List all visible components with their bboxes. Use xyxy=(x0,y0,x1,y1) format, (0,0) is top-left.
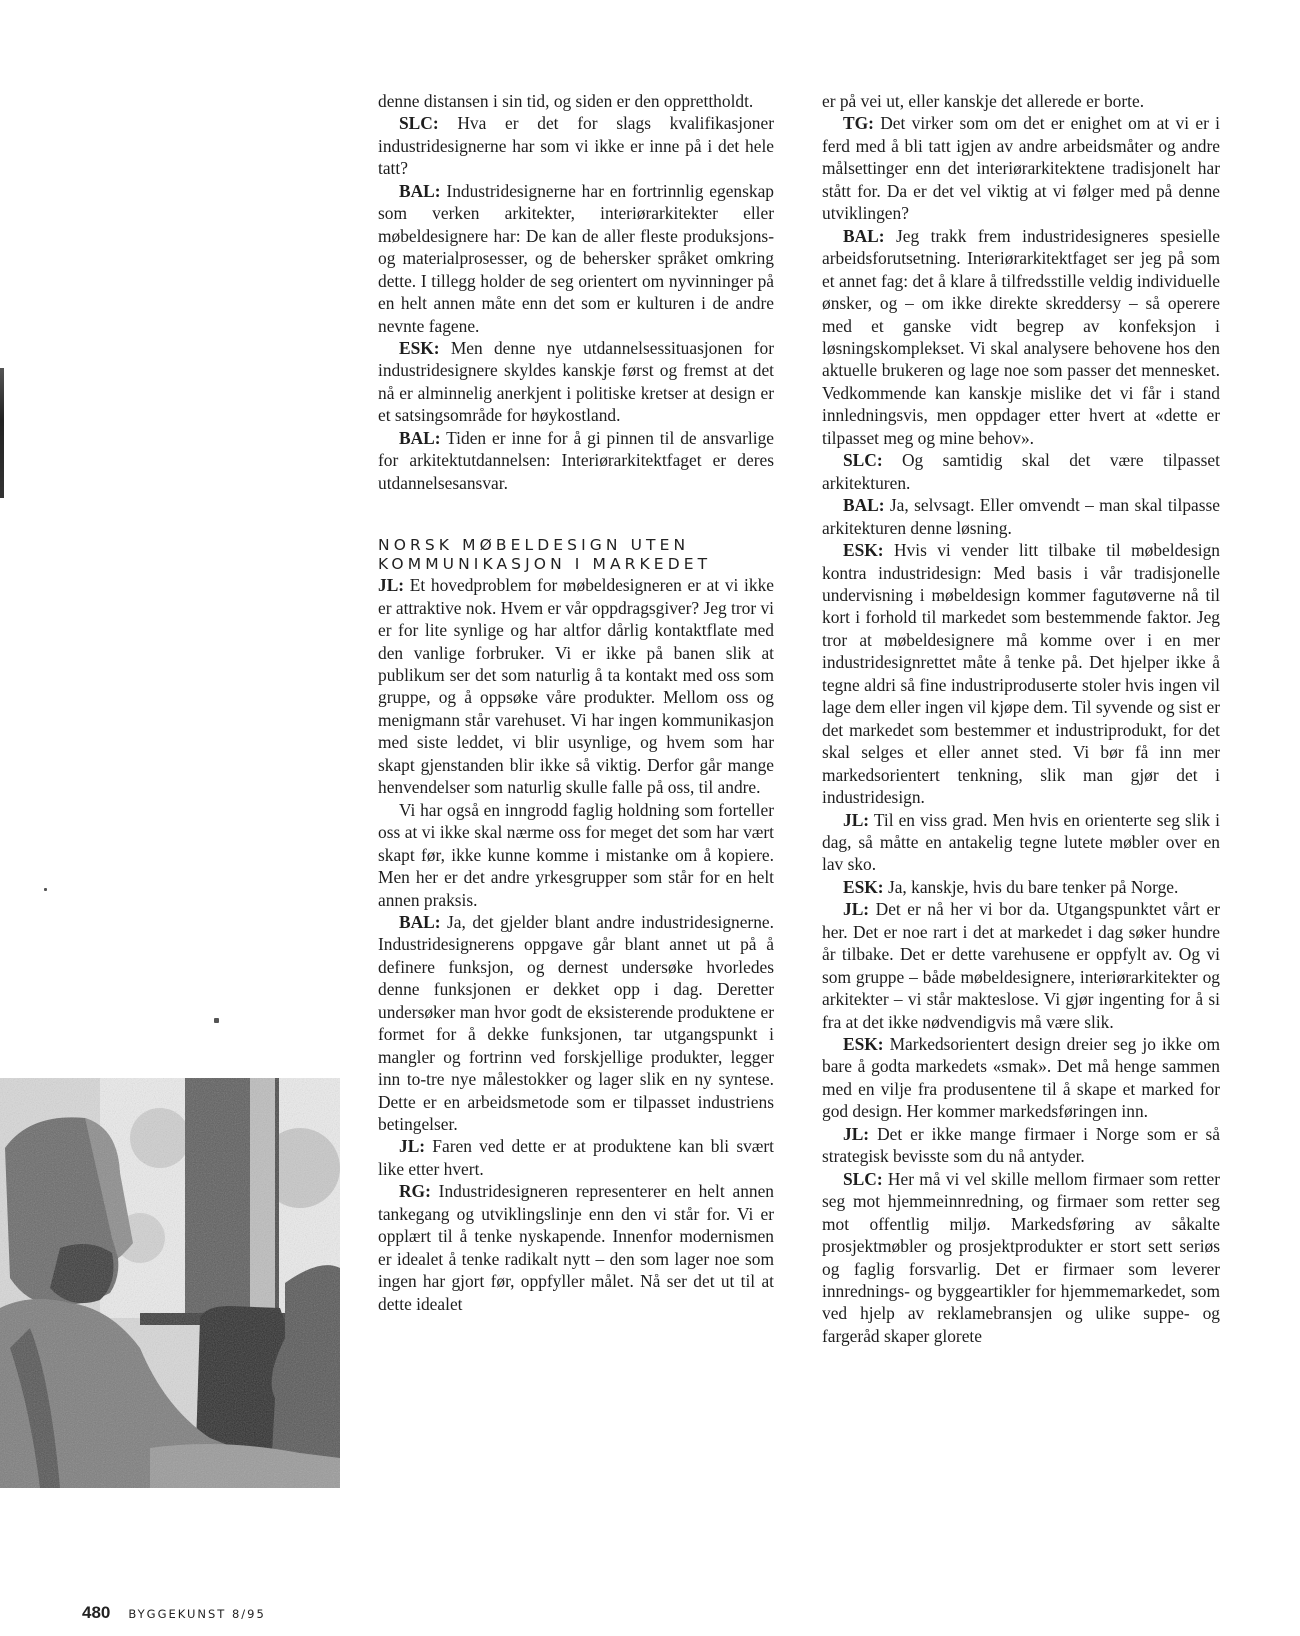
paragraph: SLC: Hva er det for slags kvalifikasjone… xyxy=(378,112,774,179)
speaker-label: BAL: xyxy=(843,495,885,515)
paragraph: ESK: Men denne nye utdannelsessituasjone… xyxy=(378,337,774,427)
speaker-label: ESK: xyxy=(399,338,440,358)
paragraph: RG: Industridesigneren representerer en … xyxy=(378,1180,774,1315)
paragraph: ESK: Markedsorientert design dreier seg … xyxy=(822,1033,1220,1123)
paragraph: JL: Det er nå her vi bor da. Utgangspunk… xyxy=(822,898,1220,1033)
speaker-label: SLC: xyxy=(843,1169,883,1189)
scan-speck xyxy=(44,888,47,891)
speaker-label: TG: xyxy=(843,113,874,133)
speaker-label: BAL: xyxy=(399,428,441,448)
paragraph: er på vei ut, eller kanskje det allerede… xyxy=(822,90,1220,112)
paragraph: ESK: Ja, kanskje, hvis du bare tenker på… xyxy=(822,876,1220,898)
section-heading: NORSK MØBELDESIGN UTEN KOMMUNIKASJON I M… xyxy=(378,536,774,574)
article-column-right: er på vei ut, eller kanskje det allerede… xyxy=(822,90,1220,1347)
speaker-label: BAL: xyxy=(399,181,441,201)
paragraph: Vi har også en inngrodd faglig holdning … xyxy=(378,799,774,911)
paragraph: SLC: Her må vi vel skille mellom firmaer… xyxy=(822,1168,1220,1348)
section-heading-line: NORSK MØBELDESIGN UTEN xyxy=(378,536,774,555)
speaker-label: ESK: xyxy=(843,877,884,897)
speaker-label: BAL: xyxy=(399,912,441,932)
paragraph: BAL: Ja, selvsagt. Eller omvendt – man s… xyxy=(822,494,1220,539)
speaker-label: JL: xyxy=(843,810,869,830)
speaker-label: SLC: xyxy=(399,113,439,133)
paragraph: JL: Det er ikke mange firmaer i Norge so… xyxy=(822,1123,1220,1168)
speaker-label: JL: xyxy=(843,899,869,919)
page-number: 480 xyxy=(82,1603,110,1623)
paragraph: BAL: Tiden er inne for å gi pinnen til d… xyxy=(378,427,774,494)
photo-man-at-window xyxy=(0,1078,340,1488)
paragraph: denne distansen i sin tid, og siden er d… xyxy=(378,90,774,112)
speaker-label: RG: xyxy=(399,1181,431,1201)
speaker-label: ESK: xyxy=(843,540,884,560)
paragraph: SLC: Og samtidig skal det være tilpasset… xyxy=(822,449,1220,494)
paragraph: JL: Et hovedproblem for møbeldesigneren … xyxy=(378,574,774,799)
speaker-label: ESK: xyxy=(843,1034,884,1054)
speaker-label: JL: xyxy=(399,1136,425,1156)
scan-speck xyxy=(214,1018,219,1023)
paragraph: BAL: Ja, det gjelder blant andre industr… xyxy=(378,911,774,1136)
section-heading-line: KOMMUNIKASJON I MARKEDET xyxy=(378,555,774,574)
speaker-label: JL: xyxy=(378,575,404,595)
speaker-label: JL: xyxy=(843,1124,869,1144)
speaker-label: BAL: xyxy=(843,226,885,246)
photo-illustration xyxy=(0,1078,340,1488)
paragraph: BAL: Industridesignerne har en fortrinnl… xyxy=(378,180,774,337)
paragraph: TG: Det virker som om det er enighet om … xyxy=(822,112,1220,224)
paragraph: JL: Til en viss grad. Men hvis en orient… xyxy=(822,809,1220,876)
scan-edge-mark xyxy=(0,368,4,498)
speaker-label: SLC: xyxy=(843,450,883,470)
article-column-left: denne distansen i sin tid, og siden er d… xyxy=(378,90,774,1315)
paragraph: ESK: Hvis vi vender litt tilbake til møb… xyxy=(822,539,1220,808)
paragraph: JL: Faren ved dette er at produktene kan… xyxy=(378,1135,774,1180)
paragraph: BAL: Jeg trakk frem industridesigneres s… xyxy=(822,225,1220,450)
magazine-issue: BYGGEKUNST 8/95 xyxy=(128,1607,265,1621)
page-footer: 480 BYGGEKUNST 8/95 xyxy=(82,1603,266,1623)
